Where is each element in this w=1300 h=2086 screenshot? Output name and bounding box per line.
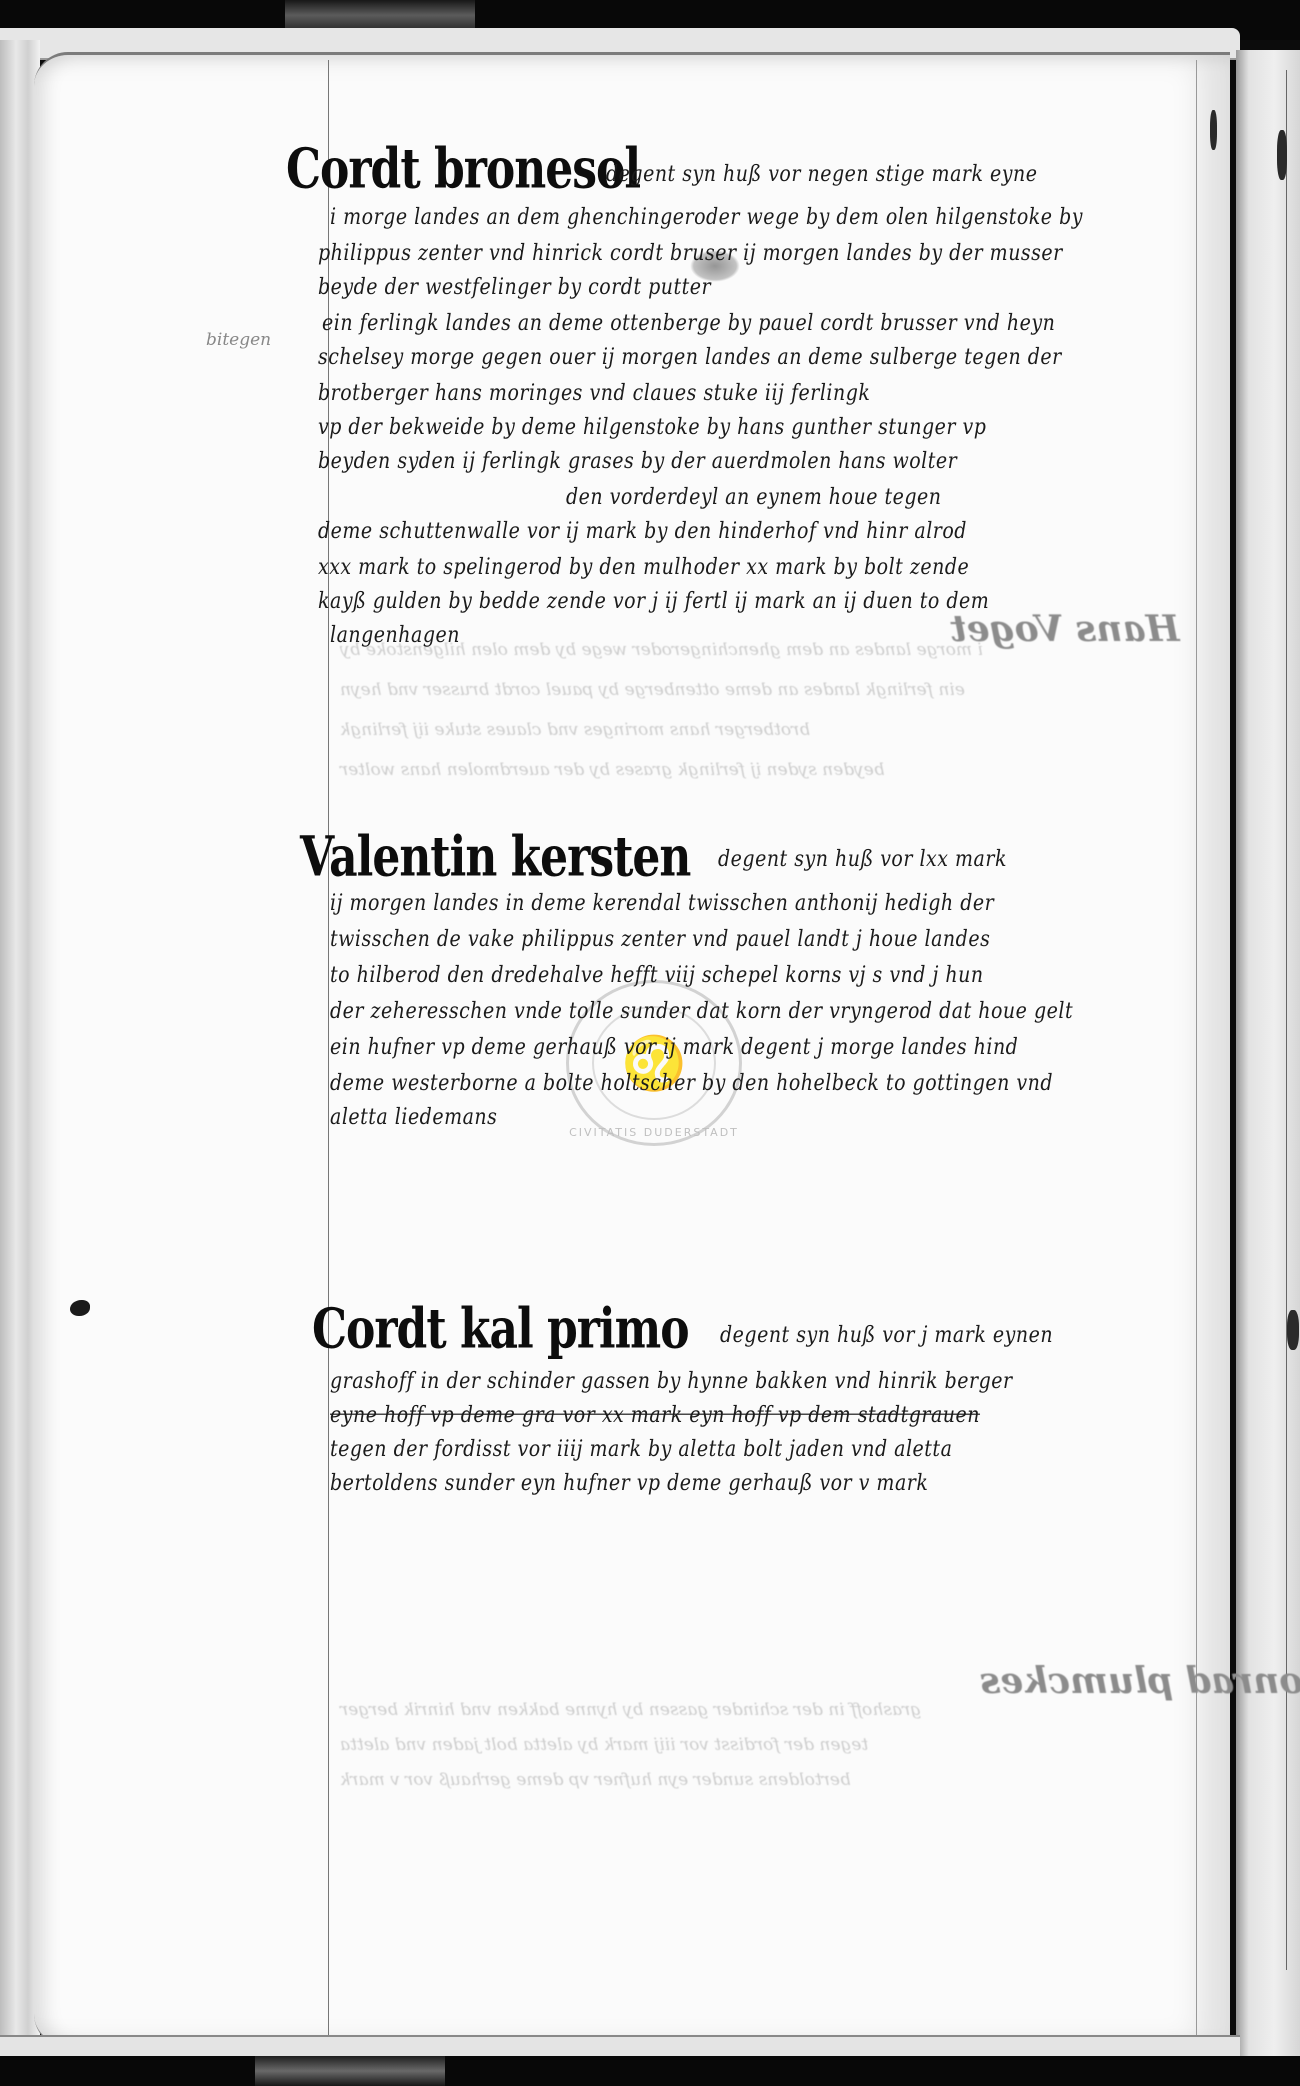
entry-line: schelsey morge gegen ouer ij morgen land… <box>318 344 1062 370</box>
bleed-through-text: ein ferlingk landes an deme ottenberge b… <box>340 680 965 700</box>
entry-line: vp der bekweide by deme hilgenstoke by h… <box>318 414 986 440</box>
entry-line: langenhagen <box>330 622 460 648</box>
bleed-through-text: brotberger hans moringes vnd claues stuk… <box>340 720 810 740</box>
bleed-through-heading: Conrad plumckes <box>980 1660 1300 1702</box>
entry-line-struck: eyne hoff vp deme gra vor xx mark eyn ho… <box>330 1402 980 1428</box>
entry-line: der zeheresschen vnde tolle sunder dat k… <box>330 998 1073 1024</box>
entry-line: philippus zenter vnd hinrick cordt bruse… <box>318 240 1063 266</box>
bleed-through-text: grashoff in der schinder gassen by hynne… <box>340 1700 921 1720</box>
entry-line: xxx mark to spelingerod by den mulhoder … <box>318 554 969 580</box>
bleed-through-text: bertoldens sunder eyn hufner vp deme ger… <box>340 1770 851 1790</box>
entry-line: twisschen de vake philippus zenter vnd p… <box>330 926 990 952</box>
right-margin-rule <box>1196 60 1197 2035</box>
entry-line: degent syn huß vor negen stige mark eyne <box>606 161 1038 187</box>
scanner-glare <box>255 2056 445 2086</box>
right-margin-ink-mark <box>1210 110 1217 150</box>
entry-line: ij morgen landes in deme kerendal twissc… <box>330 890 994 916</box>
entry-line: i morge landes an dem ghenchingeroder we… <box>330 204 1083 230</box>
entry-line: beyden syden ij ferlingk grases by der a… <box>318 448 957 474</box>
margin-note: bitegen <box>206 330 271 350</box>
facing-page-ink-mark <box>1277 130 1287 180</box>
bleed-through-text: beyden syden ij ferlingk grases by der a… <box>340 760 885 780</box>
entry-heading: Cordt bronesol <box>286 137 640 201</box>
bleed-through-heading: Hans Voget <box>950 608 1180 650</box>
entry-line: aletta liedemans <box>330 1104 497 1130</box>
entry-line: deme westerborne a bolte holtscher by de… <box>330 1070 1053 1096</box>
entry-line: to hilberod den dredehalve hefft viij sc… <box>330 962 984 988</box>
entry-heading: Cordt kal primo <box>312 1297 689 1361</box>
entry-line: tegen der fordisst vor iiij mark by alet… <box>330 1436 952 1462</box>
entry-line: deme schuttenwalle vor ij mark by den hi… <box>318 518 967 544</box>
facing-page-ink-mark <box>1287 1310 1299 1350</box>
entry-line: kayß gulden by bedde zende vor j ij fert… <box>318 588 989 614</box>
entry-line: den vorderdeyl an eynem houe tegen <box>566 484 942 510</box>
scan-background-bottom <box>0 2056 1300 2086</box>
entry-line: ein hufner vp deme gerhauß vor ij mark d… <box>330 1034 1018 1060</box>
entry-heading: Valentin kersten <box>300 825 690 889</box>
facing-page-edge <box>1236 50 1300 2060</box>
stamp-text: CIVITATIS DUDERSTADT <box>569 1126 739 1139</box>
entry-line: degent syn huß vor j mark eynen <box>720 1322 1053 1348</box>
entry-line: ein ferlingk landes an deme ottenberge b… <box>322 310 1055 336</box>
entry-line: bertoldens sunder eyn hufner vp deme ger… <box>330 1470 928 1496</box>
entry-line: brotberger hans moringes vnd claues stuk… <box>318 380 870 406</box>
entry-line: beyde der westfelinger by cordt putter <box>318 274 711 300</box>
entry-line: degent syn huß vor lxx mark <box>718 846 1007 872</box>
entry-line: grashoff in der schinder gassen by hynne… <box>330 1368 1013 1394</box>
bleed-through-text: tegen der fordisst vor iiij mark by alet… <box>340 1735 868 1755</box>
